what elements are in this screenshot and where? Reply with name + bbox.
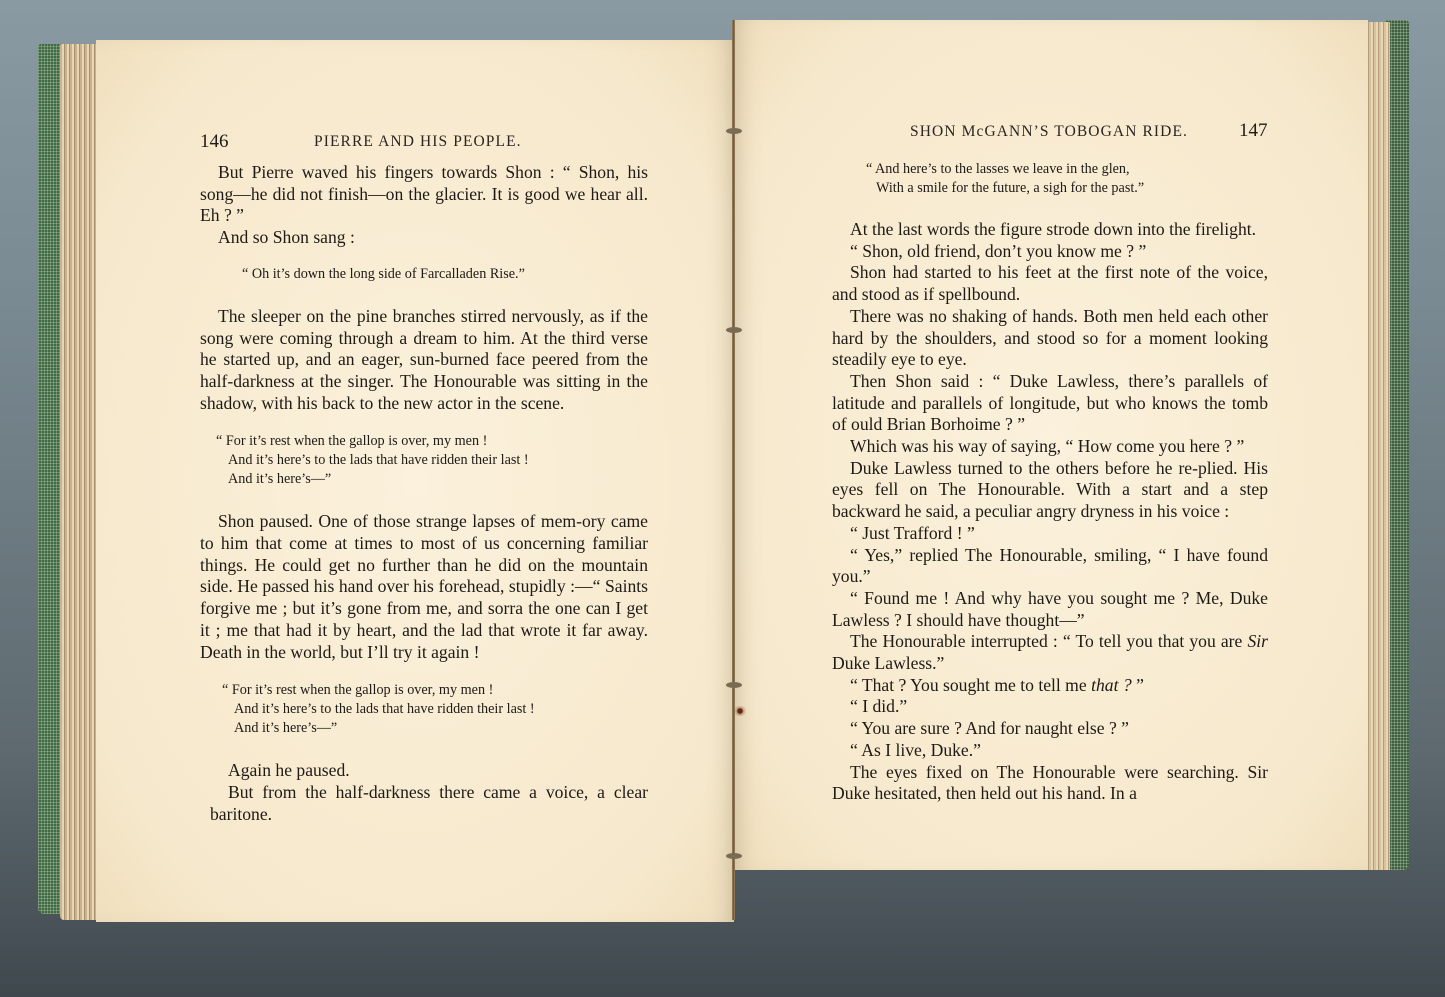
paragraph: “ I did.” [832,696,1268,718]
paragraph: The Honourable interrupted : “ To tell y… [832,631,1268,674]
verse-line: And it’s here’s to the lads that have ri… [222,700,648,719]
verse-line: And it’s here’s—” [216,470,648,489]
emphasis: Sir [1247,631,1268,651]
paragraph: Shon paused. One of those strange lapses… [200,511,648,663]
ink-stain [733,706,747,716]
paragraph: “ Yes,” replied The Honourable, smiling,… [832,545,1268,588]
paragraph: But from the half-darkness there came a … [200,782,648,825]
paragraph: “ Shon, old friend, don’t you know me ? … [832,241,1268,263]
paragraph: Then Shon said : “ Duke Lawless, there’s… [832,371,1268,436]
paragraph: The eyes fixed on The Honourable were se… [832,762,1268,805]
page-number: 146 [200,131,229,153]
verse-line: “ Oh it’s down the long side of Farcalla… [242,265,648,284]
page-edges-right [1366,22,1390,870]
paragraph: “ You are sure ? And for naught else ? ” [832,718,1268,740]
paragraph: “ Found me ! And why have you sought me … [832,588,1268,631]
right-text-column: At the last words the figure strode down… [832,219,1268,805]
right-page: SHON McGANN’S TOBOGAN RIDE. 147 “ And he… [734,20,1368,870]
binding-stitch [726,853,742,859]
paragraph: “ That ? You sought me to tell me that ?… [832,675,1268,697]
verse-block: “ For it’s rest when the gallop is over,… [216,432,648,489]
left-page: 146 PIERRE AND HIS PEOPLE. But Pierre wa… [96,40,734,922]
paragraph: Duke Lawless turned to the others before… [832,458,1268,523]
verse-line: “ For it’s rest when the gallop is over,… [216,432,648,451]
page-number: 147 [1239,120,1268,142]
verse-block: “ And here’s to the lasses we leave in t… [866,160,1144,198]
verse-block: “ Oh it’s down the long side of Farcalla… [242,265,648,284]
page-edges-left [60,44,100,920]
paragraph: “ Just Trafford ! ” [832,523,1268,545]
running-head: PIERRE AND HIS PEOPLE. [314,133,522,151]
running-head: SHON McGANN’S TOBOGAN RIDE. [910,123,1188,141]
open-book: 146 PIERRE AND HIS PEOPLE. But Pierre wa… [0,0,1445,997]
paragraph: And so Shon sang : [200,227,648,249]
paragraph: There was no shaking of hands. Both men … [832,306,1268,371]
paragraph: Which was his way of saying, “ How come … [832,436,1268,458]
verse-line: And it’s here’s—” [222,719,648,738]
paragraph: At the last words the figure strode down… [832,219,1268,241]
verse-line: “ And here’s to the lasses we leave in t… [866,160,1144,179]
binding-stitch [726,128,742,134]
verse-line: And it’s here’s to the lads that have ri… [216,451,648,470]
paragraph: But Pierre waved his fingers towards Sho… [200,162,648,227]
verse-line: “ For it’s rest when the gallop is over,… [222,681,648,700]
verse-block: “ For it’s rest when the gallop is over,… [222,681,648,738]
paragraph: Shon had started to his feet at the firs… [832,262,1268,305]
left-text-column: But Pierre waved his fingers towards Sho… [200,162,648,825]
emphasis: that ? [1091,675,1132,695]
binding-stitch [726,327,742,333]
verse-line: With a smile for the future, a sigh for … [866,179,1144,198]
binding-stitch [726,682,742,688]
paragraph: The sleeper on the pine branches stirred… [200,306,648,415]
paragraph: Again he paused. [200,760,648,782]
paragraph: “ As I live, Duke.” [832,740,1268,762]
book-gutter [732,20,735,920]
